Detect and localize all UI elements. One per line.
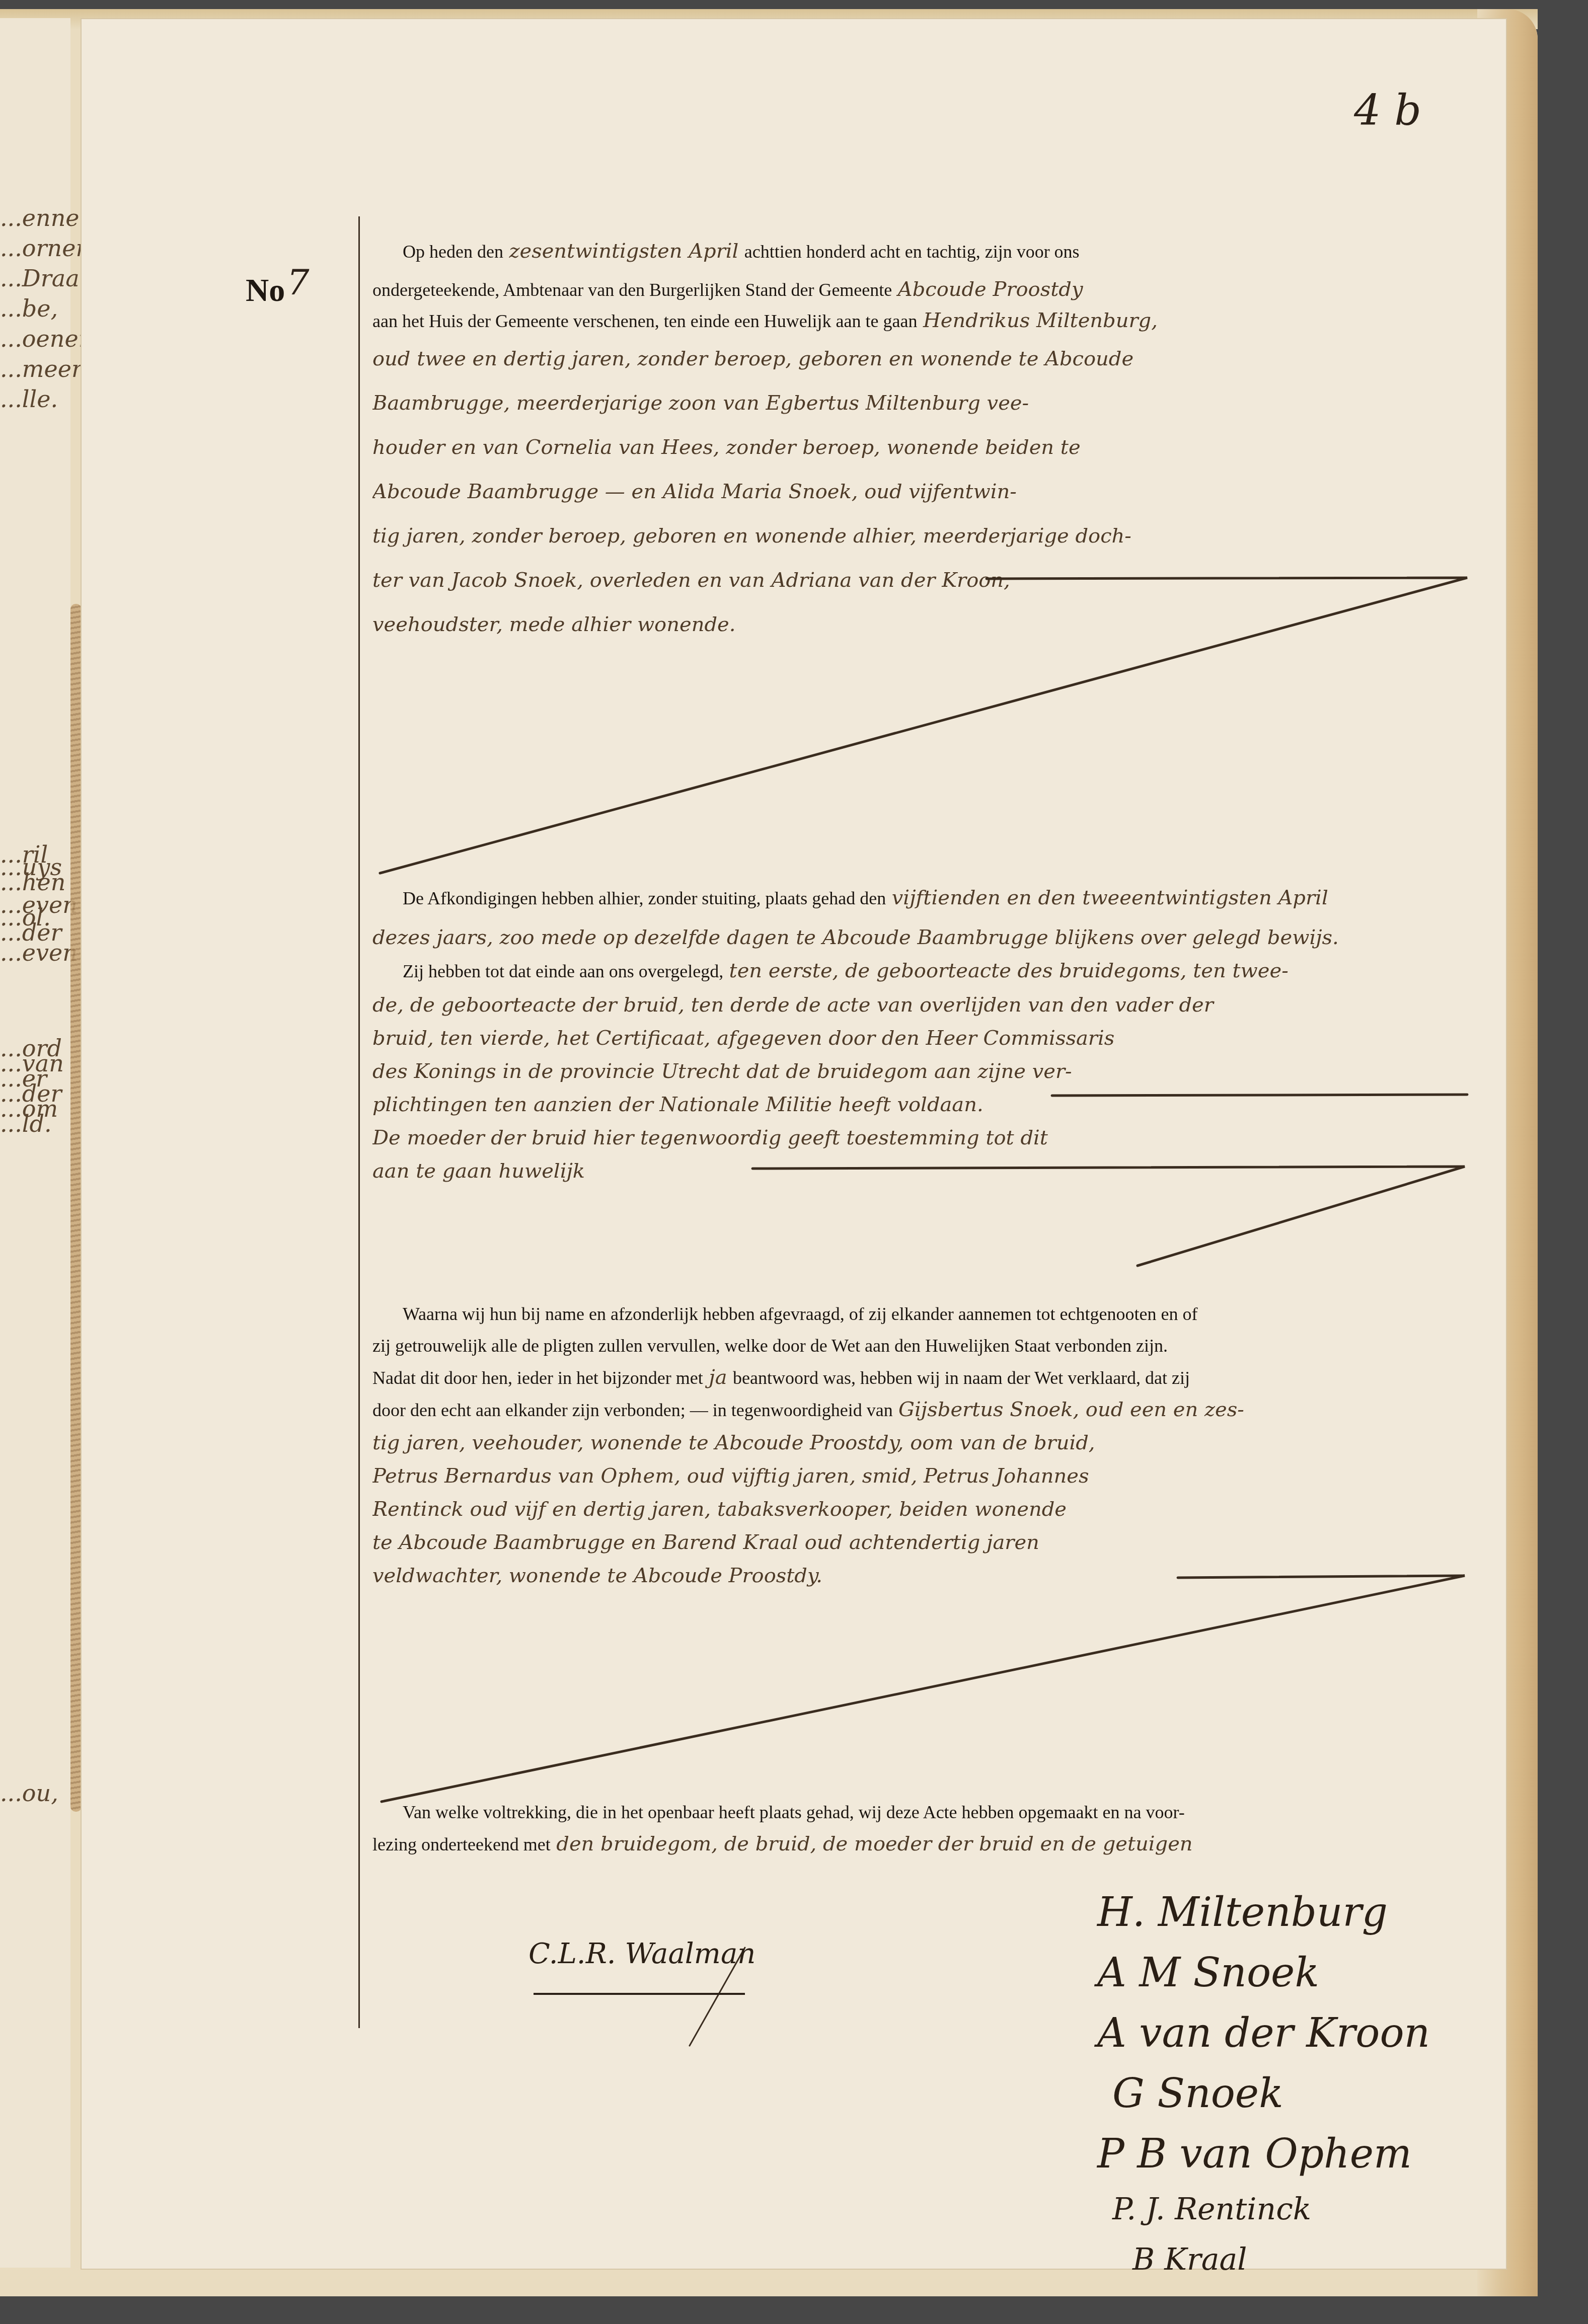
signature-witness-4: B Kraal [1132, 2244, 1430, 2275]
blank-fill-stroke [382, 1576, 1465, 1802]
blank-fill-stroke [752, 1167, 1465, 1266]
signature-witness-3: P. J. Rentinck [1112, 2194, 1430, 2224]
signature-witness-2: P B van Ophem [1097, 2134, 1430, 2174]
signature-groom: H. Miltenburg [1097, 1892, 1430, 1932]
signature-bride: A M Snoek [1097, 1953, 1430, 1993]
signature-list: H. Miltenburg A M Snoek A van der Kroon … [1097, 1892, 1430, 2295]
signature-witness-1: G Snoek [1112, 2073, 1430, 2114]
signature-official: C.L.R. Waalman [528, 1938, 755, 1970]
signature-underline [534, 1993, 745, 1995]
blank-fill-stroke [380, 578, 1467, 873]
blank-fill-stroke [1052, 1095, 1467, 1096]
signature-bride-mother: A van der Kroon [1097, 2013, 1430, 2053]
